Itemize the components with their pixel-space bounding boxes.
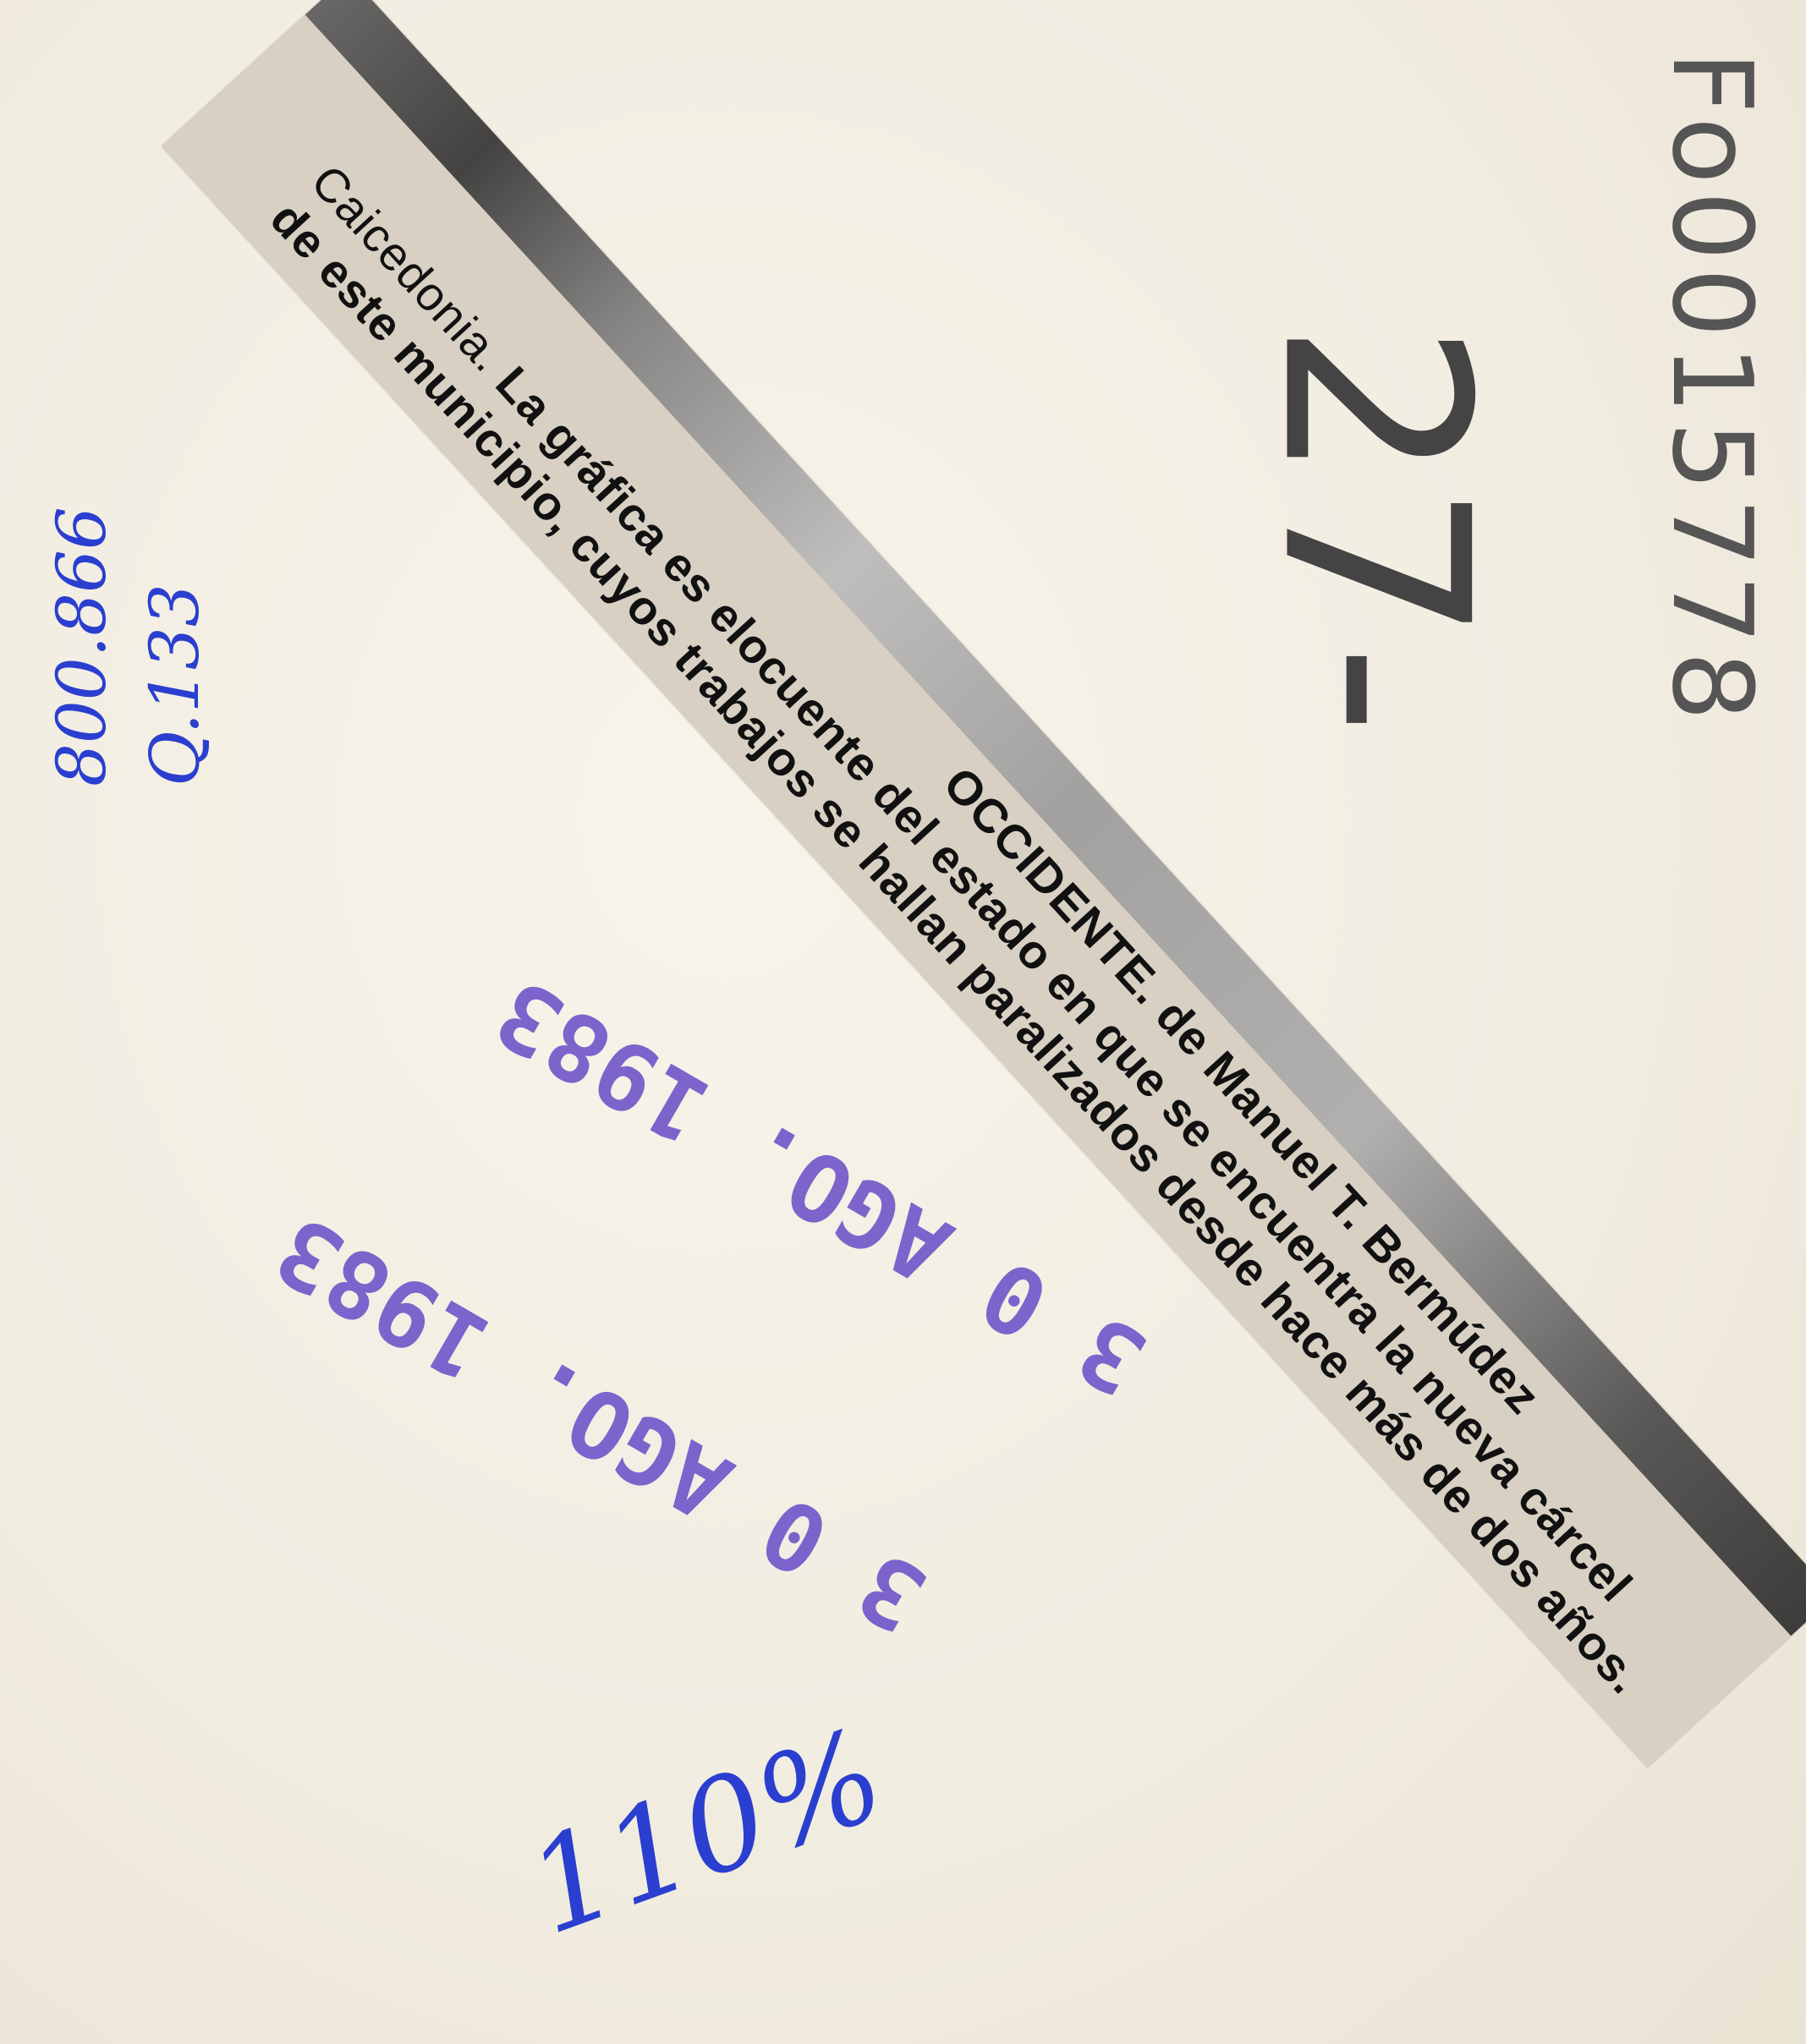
blue-code-2: Q.133 — [135, 584, 214, 786]
blue-code-1: 800.866 — [42, 507, 121, 786]
blue-percent-note: 110% — [510, 1702, 901, 1964]
pencil-catalog-id: Fo0015778 — [1648, 51, 1776, 728]
date-stamp: 3 0 AGO. 1983 — [259, 1195, 944, 1652]
newspaper-clipping: OCCIDENTE. de Manuel T. Bermúdez Caicedo… — [162, 0, 1806, 1767]
photo-back: Fo0015778 27- 800.866 Q.133 3 0 AGO. 198… — [0, 0, 1806, 2044]
pencil-large-mark: 27- — [1227, 321, 1523, 736]
